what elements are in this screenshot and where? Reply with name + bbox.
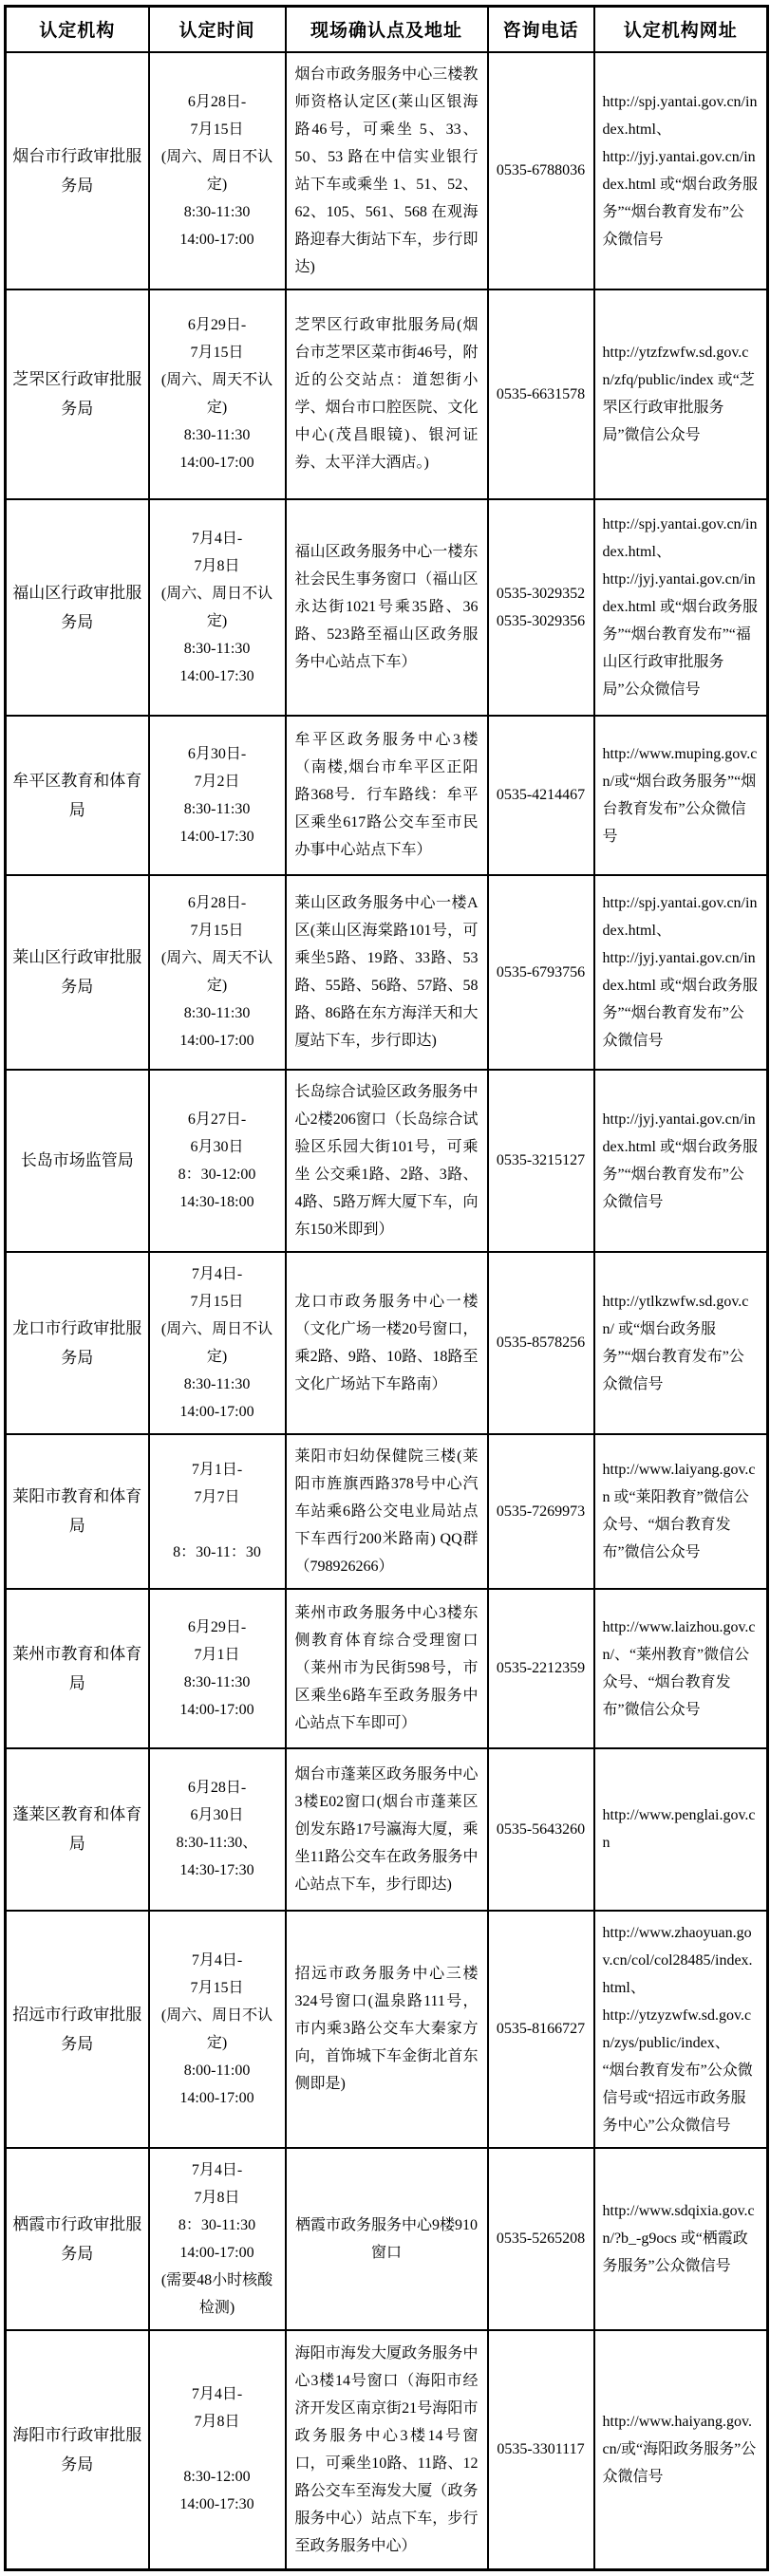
time-cell: 7月4日- 7月15日 (周六、周日不认定) 8:30-11:30 14:00-… [149, 1252, 286, 1434]
phone-cell: 0535-3029352 0535-3029356 [488, 499, 594, 716]
table-row: 蓬莱区教育和体育局 6月28日- 6月30日 8:30-11:30、 14:30… [6, 1748, 768, 1911]
table-row: 龙口市行政审批服务局 7月4日- 7月15日 (周六、周日不认定) 8:30-1… [6, 1252, 768, 1434]
time-cell: 6月29日- 7月15日 (周六、周天不认定) 8:30-11:30 14:00… [149, 289, 286, 499]
website-cell: http://spj.yantai.gov.cn/index.html、 htt… [594, 875, 768, 1070]
org-cell: 莱州市教育和体育局 [6, 1589, 149, 1748]
table-row: 牟平区教育和体育局 6月30日- 7月2日 8:30-11:30 14:00-1… [6, 716, 768, 875]
website-cell: http://ytlkzwfw.sd.gov.cn/ 或“烟台政务服务”“烟台教… [594, 1252, 768, 1434]
time-cell: 6月27日- 6月30日 8：30-12:00 14:30-18:00 [149, 1070, 286, 1252]
phone-cell: 0535-6793756 [488, 875, 594, 1070]
address-cell: 莱阳市妇幼保健院三楼(莱阳市旌旗西路378号中心汽车站乘6路公交电业局站点下车西… [286, 1434, 488, 1589]
column-header-time: 认定时间 [149, 7, 286, 52]
website-cell: http://jyj.yantai.gov.cn/index.html 或“烟台… [594, 1070, 768, 1252]
org-cell: 烟台市行政审批服务局 [6, 52, 149, 289]
address-cell: 牟平区政务服务中心3楼（南楼,烟台市牟平区正阳路368号．行车路线：牟平区乘坐6… [286, 716, 488, 875]
phone-cell: 0535-6788036 [488, 52, 594, 289]
org-cell: 长岛市场监管局 [6, 1070, 149, 1252]
website-cell: http://www.muping.gov.cn/或“烟台政务服务”“烟台教育发… [594, 716, 768, 875]
address-cell: 长岛综合试验区政务服务中心2楼206窗口（长岛综合试验区乐园大街101号，可乘坐… [286, 1070, 488, 1252]
table-row: 芝罘区行政审批服务局 6月29日- 7月15日 (周六、周天不认定) 8:30-… [6, 289, 768, 499]
table-row: 莱州市教育和体育局 6月29日- 7月1日 8:30-11:30 14:00-1… [6, 1589, 768, 1748]
address-cell: 栖霞市政务服务中心9楼910窗口 [286, 2148, 488, 2330]
org-cell: 蓬莱区教育和体育局 [6, 1748, 149, 1911]
address-cell: 龙口市政务服务中心一楼（文化广场一楼20号窗口，乘2路、9路、10路、18路至文… [286, 1252, 488, 1434]
org-cell: 芝罘区行政审批服务局 [6, 289, 149, 499]
time-cell: 7月4日- 7月8日 8:30-12:00 14:00-17:30 [149, 2330, 286, 2570]
table-row: 莱山区行政审批服务局 6月28日- 7月15日 (周六、周天不认定) 8:30-… [6, 875, 768, 1070]
time-cell: 7月4日- 7月8日 8：30-11:30 14:00-17:00 (需要48小… [149, 2148, 286, 2330]
time-cell: 6月29日- 7月1日 8:30-11:30 14:00-17:00 [149, 1589, 286, 1748]
address-cell: 海阳市海发大厦政务服务中心3楼14号窗口（海阳市经济开发区南京街21号海阳市政务… [286, 2330, 488, 2570]
time-cell: 6月28日- 7月15日 (周六、周日不认定) 8:30-11:30 14:00… [149, 52, 286, 289]
website-cell: http://www.penglai.gov.cn [594, 1748, 768, 1911]
address-cell: 福山区政务服务中心一楼东社会民生事务窗口（福山区永达街1021号乘35路、36路… [286, 499, 488, 716]
certification-table: 认定机构 认定时间 现场确认点及地址 咨询电话 认定机构网址 烟台市行政审批服务… [4, 5, 769, 2571]
table-row: 海阳市行政审批服务局 7月4日- 7月8日 8:30-12:00 14:00-1… [6, 2330, 768, 2570]
website-cell: http://www.haiyang.gov.cn/或“海阳政务服务”公众微信号 [594, 2330, 768, 2570]
phone-cell: 0535-4214467 [488, 716, 594, 875]
org-cell: 莱阳市教育和体育局 [6, 1434, 149, 1589]
table-row: 福山区行政审批服务局 7月4日- 7月8日 (周六、周日不认定) 8:30-11… [6, 499, 768, 716]
time-cell: 6月28日- 7月15日 (周六、周天不认定) 8:30-11:30 14:00… [149, 875, 286, 1070]
document-page: 认定机构 认定时间 现场确认点及地址 咨询电话 认定机构网址 烟台市行政审批服务… [0, 0, 770, 2576]
website-cell: http://ytzfzwfw.sd.gov.cn/zfq/public/ind… [594, 289, 768, 499]
phone-cell: 0535-5265208 [488, 2148, 594, 2330]
phone-cell: 0535-8578256 [488, 1252, 594, 1434]
column-header-phone: 咨询电话 [488, 7, 594, 52]
website-cell: http://www.laiyang.gov.cn 或“莱阳教育”微信公众号、“… [594, 1434, 768, 1589]
table-row: 招远市行政审批服务局 7月4日- 7月15日 (周六、周日不认定) 8:00-1… [6, 1911, 768, 2148]
org-cell: 福山区行政审批服务局 [6, 499, 149, 716]
address-cell: 烟台市政务服务中心三楼教师资格认定区(莱山区银海路46号，可乘坐 5、33、50… [286, 52, 488, 289]
phone-cell: 0535-3301117 [488, 2330, 594, 2570]
address-cell: 芝罘区行政审批服务局(烟台市芝罘区菜市街46号，附近的公交站点：道恕街小学、烟台… [286, 289, 488, 499]
org-cell: 莱山区行政审批服务局 [6, 875, 149, 1070]
time-cell: 7月4日- 7月15日 (周六、周日不认定) 8:00-11:00 14:00-… [149, 1911, 286, 2148]
table-row: 栖霞市行政审批服务局 7月4日- 7月8日 8：30-11:30 14:00-1… [6, 2148, 768, 2330]
time-cell: 7月1日- 7月7日 8：30-11：30 [149, 1434, 286, 1589]
header-row: 认定机构 认定时间 现场确认点及地址 咨询电话 认定机构网址 [6, 7, 768, 52]
org-cell: 栖霞市行政审批服务局 [6, 2148, 149, 2330]
time-cell: 7月4日- 7月8日 (周六、周日不认定) 8:30-11:30 14:00-1… [149, 499, 286, 716]
table-row: 长岛市场监管局 6月27日- 6月30日 8：30-12:00 14:30-18… [6, 1070, 768, 1252]
phone-cell: 0535-8166727 [488, 1911, 594, 2148]
org-cell: 牟平区教育和体育局 [6, 716, 149, 875]
address-cell: 烟台市蓬莱区政务服务中心3楼E02窗口(烟台市蓬莱区创发东路17号瀛海大厦，乘坐… [286, 1748, 488, 1911]
website-cell: http://www.sdqixia.gov.cn/?b_-g9ocs 或“栖霞… [594, 2148, 768, 2330]
phone-cell: 0535-2212359 [488, 1589, 594, 1748]
column-header-address: 现场确认点及地址 [286, 7, 488, 52]
website-cell: http://www.zhaoyuan.gov.cn/col/col28485/… [594, 1911, 768, 2148]
website-cell: http://spj.yantai.gov.cn/index.html、 htt… [594, 499, 768, 716]
org-cell: 龙口市行政审批服务局 [6, 1252, 149, 1434]
table-row: 莱阳市教育和体育局 7月1日- 7月7日 8：30-11：30 莱阳市妇幼保健院… [6, 1434, 768, 1589]
table-row: 烟台市行政审批服务局 6月28日- 7月15日 (周六、周日不认定) 8:30-… [6, 52, 768, 289]
phone-cell: 0535-5643260 [488, 1748, 594, 1911]
column-header-website: 认定机构网址 [594, 7, 768, 52]
phone-cell: 0535-7269973 [488, 1434, 594, 1589]
time-cell: 6月30日- 7月2日 8:30-11:30 14:00-17:30 [149, 716, 286, 875]
website-cell: http://spj.yantai.gov.cn/index.html、 htt… [594, 52, 768, 289]
address-cell: 招远市政务服务中心三楼324号窗口(温泉路111号，市内乘3路公交车大秦家方向，… [286, 1911, 488, 2148]
website-cell: http://www.laizhou.gov.cn/、“莱州教育”微信公众号、“… [594, 1589, 768, 1748]
column-header-org: 认定机构 [6, 7, 149, 52]
phone-cell: 0535-3215127 [488, 1070, 594, 1252]
time-cell: 6月28日- 6月30日 8:30-11:30、 14:30-17:30 [149, 1748, 286, 1911]
address-cell: 莱州市政务服务中心3楼东侧教育体育综合受理窗口（莱州市为民街598号，市区乘坐6… [286, 1589, 488, 1748]
phone-cell: 0535-6631578 [488, 289, 594, 499]
org-cell: 招远市行政审批服务局 [6, 1911, 149, 2148]
address-cell: 莱山区政务服务中心一楼A区(莱山区海棠路101号，可乘坐5路、19路、33路、5… [286, 875, 488, 1070]
org-cell: 海阳市行政审批服务局 [6, 2330, 149, 2570]
